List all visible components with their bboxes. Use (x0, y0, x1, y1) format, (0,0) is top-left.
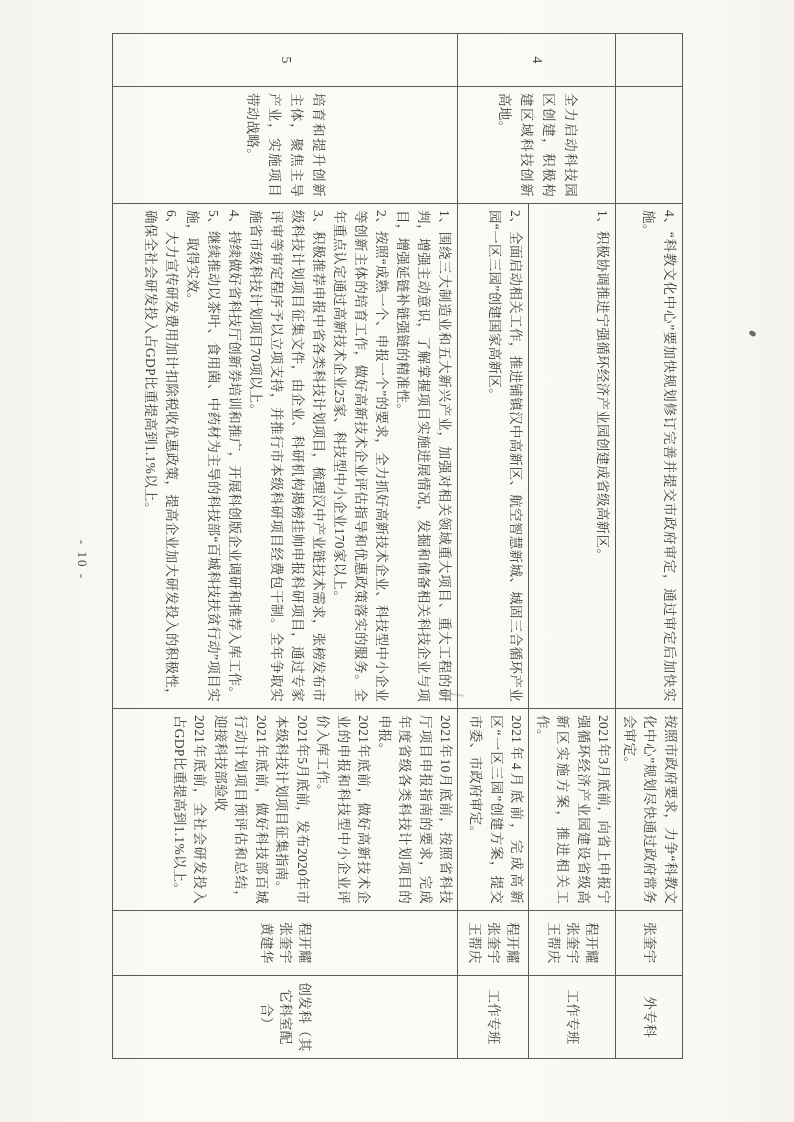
cell-schedule-5: 2021年10月底前，按照省科技厅项目申报指南的要求，完成年度省级各类科技计划项… (113, 709, 458, 911)
table-row-5: 5 培育和提升创新主体，聚焦主导产业，实施项目带动战略。 1、围绕三大制造业和五… (113, 34, 458, 1059)
cell-persons-5: 程开耀 张奎宇 黄建华 (113, 911, 458, 976)
person-name: 张奎宇 (640, 913, 659, 973)
schedule-item: 2021年底前，全社会研发投入占GDP比重提高到1.1%以上。 (169, 715, 210, 904)
cell-persons-continued: 张奎宇 (616, 911, 683, 976)
cell-measures-continued: 4、“科教文化中心”要加快规划修订完善并提交市政府审定，通过审定后加快实施。 (616, 204, 683, 709)
cell-measures-4b: 2、全面启动相关工作，推进铺镇汉中高新区、航空智慧新城、城固三合循环产业园“一区… (458, 204, 529, 709)
person-name: 王帮庆 (465, 913, 484, 973)
cell-seq-4: 4 (458, 34, 616, 87)
ink-speck (748, 330, 756, 337)
schedule-item: 2021年10月底前，按照省科技厅项目申报指南的要求，完成年度省级各类科技计划项… (374, 715, 456, 904)
cell-office-4a: 工作专班 (529, 976, 616, 1059)
measure-item: 6、大力宣传研发费用加计扣除税收优惠政策，提高企业加大研发投入的积极性，确保全社… (141, 210, 183, 702)
cell-measures-5: 1、围绕三大制造业和五大新兴产业，加强对相关领域重大项目、重大工程的研判，增强主… (113, 204, 458, 709)
measure-item: 1、积极协调推进宁强循环经济产业园创建成省级高新区。 (593, 210, 614, 702)
cell-office-continued: 外专科 (616, 976, 683, 1059)
cell-seq-continued (616, 34, 683, 87)
cell-office-4b: 工作专班 (458, 976, 529, 1059)
person-name: 程开耀 (295, 913, 314, 973)
measure-item: 2、全面启动相关工作，推进铺镇汉中高新区、航空智慧新城、城固三合循环产业园“一区… (485, 210, 527, 702)
cell-schedule-4b: 2021年4月底前，完成高新区“一区三园”创建方案，提交市委、市政府审定。 (458, 709, 529, 911)
measure-item: 2、按照“成熟一个、申报一个”的要求，全力抓好高新技术企业、科技型中小企业等创新… (330, 210, 393, 702)
person-name: 程开耀 (503, 913, 522, 973)
table-row-4a: 4 全力启动科技园区创建，积极构建区域科技创新高地。 1、积极协调推进宁强循环经… (529, 34, 616, 1059)
person-name: 张奎宇 (484, 913, 503, 973)
schedule-item: 2021年底前，做好高新技术企业的申报和科技型中小企业评价入库工作。 (312, 715, 374, 904)
measure-item: 4、持续做好省科技厅创新券培训和推广，开展科创版企业调研和推荐入库工作。 (225, 210, 246, 702)
person-name: 王帮庆 (544, 913, 563, 973)
person-name: 张奎宇 (276, 913, 295, 973)
schedule-item: 按照市政府要求，力争“科教文化中心”规划尽快通过政府常务会审定。 (619, 715, 681, 904)
cell-seq-5: 5 (113, 34, 458, 87)
cell-goal-5: 培育和提升创新主体，聚焦主导产业，实施项目带动战略。 (113, 87, 458, 204)
page-number: - 10 - (74, 520, 90, 600)
cell-measures-4a: 1、积极协调推进宁强循环经济产业园创建成省级高新区。 (529, 204, 616, 709)
schedule-item: 2021年3月底前，向省上申报宁强循环经济产业园建设省级高新区实施方案，推进相关… (532, 715, 614, 904)
scanned-document-page: 4、“科教文化中心”要加快规划修订完善并提交市政府审定，通过审定后加快实施。 按… (0, 0, 794, 1122)
cell-persons-4a: 程开耀 张奎宇 王帮庆 (529, 911, 616, 976)
cell-schedule-continued: 按照市政府要求，力争“科教文化中心”规划尽快通过政府常务会审定。 (616, 709, 683, 911)
cell-goal-4: 全力启动科技园区创建，积极构建区域科技创新高地。 (458, 87, 616, 204)
cell-schedule-4a: 2021年3月底前，向省上申报宁强循环经济产业园建设省级高新区实施方案，推进相关… (529, 709, 616, 911)
schedule-item: 2021年4月底前，完成高新区“一区三园”创建方案，提交市委、市政府审定。 (465, 715, 527, 904)
cell-goal-continued (616, 87, 683, 204)
schedule-item: 2021年底前，做好科技部百城行动计划项目预评估和总结，迎接科技部验收 (210, 715, 272, 904)
cell-persons-4b: 程开耀 张奎宇 王帮庆 (458, 911, 529, 976)
schedule-item: 2021年5月底前，发布2020年市本级科技计划项目征集指南。 (271, 715, 312, 904)
rotated-sheet: 4、“科教文化中心”要加快规划修订完善并提交市政府审定，通过审定后加快实施。 按… (0, 0, 794, 1122)
measure-item: 5、继续推动以茶叶、食用菌、中药材为主导的科技部“百城科技扶贫行动”项目实施，取… (183, 210, 225, 702)
measure-item: 4、“科教文化中心”要加快规划修订完善并提交市政府审定，通过审定后加快实施。 (638, 210, 680, 702)
measure-item: 1、围绕三大制造业和五大新兴产业，加强对相关领域重大项目、重大工程的研判，增强主… (393, 210, 456, 702)
person-name: 黄建华 (257, 913, 276, 973)
person-name: 张奎宇 (563, 913, 582, 973)
table-row-continued: 4、“科教文化中心”要加快规划修订完善并提交市政府审定，通过审定后加快实施。 按… (616, 34, 683, 1059)
cell-office-5: 创发科（其它科室配合） (113, 976, 458, 1059)
work-plan-table: 4、“科教文化中心”要加快规划修订完善并提交市政府审定，通过审定后加快实施。 按… (113, 33, 684, 1059)
measure-item: 3、积极推荐申报中省各类科技计划项目，梳理汉中产业链技术需求，张榜发布市级科技计… (246, 210, 330, 702)
person-name: 程开耀 (582, 913, 601, 973)
